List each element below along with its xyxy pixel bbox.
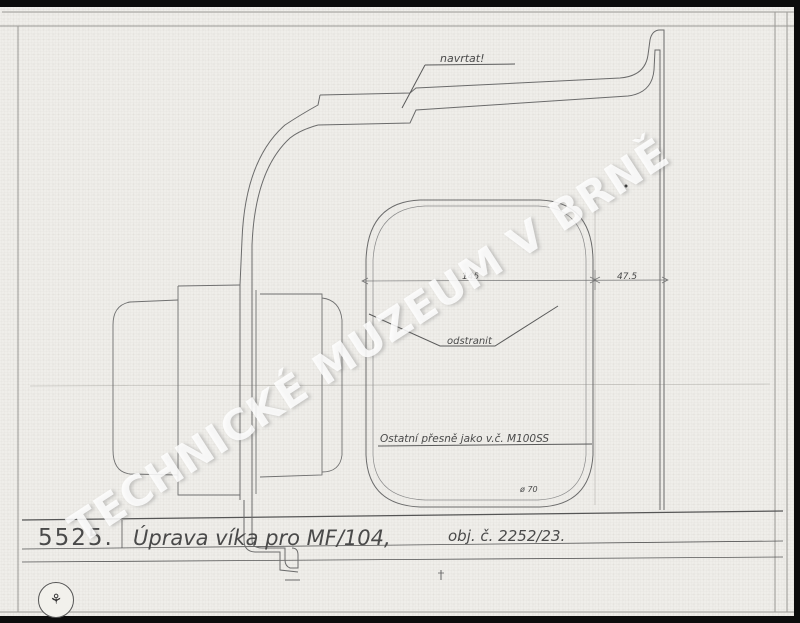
ink-dot	[625, 185, 628, 188]
dimension-47-5: 47.5	[617, 272, 637, 282]
leader-lines	[369, 64, 592, 446]
technical-drawing: navrtat! odstranit Ostatní přesně jako v…	[0, 0, 800, 623]
dimension-145: 145	[462, 272, 479, 282]
order-reference: obj. č. 2252/23.	[448, 527, 565, 545]
lid-body-outline	[366, 200, 593, 507]
sheet-frame	[0, 12, 794, 612]
faint-mark: ø 70	[519, 485, 538, 494]
centerlines	[30, 200, 770, 505]
drawing-title: Úprava víka pro MF/104,	[133, 525, 391, 550]
drawing-number: 5525.	[38, 525, 114, 551]
drill-note: navrtat!	[440, 52, 485, 65]
lid-profile	[240, 30, 664, 580]
remove-note: odstranit	[447, 336, 493, 347]
hub-assembly	[113, 285, 342, 495]
museum-stamp-icon: ⚘	[38, 582, 74, 618]
reference-note: Ostatní přesně jako v.č. M100SS	[380, 433, 549, 445]
